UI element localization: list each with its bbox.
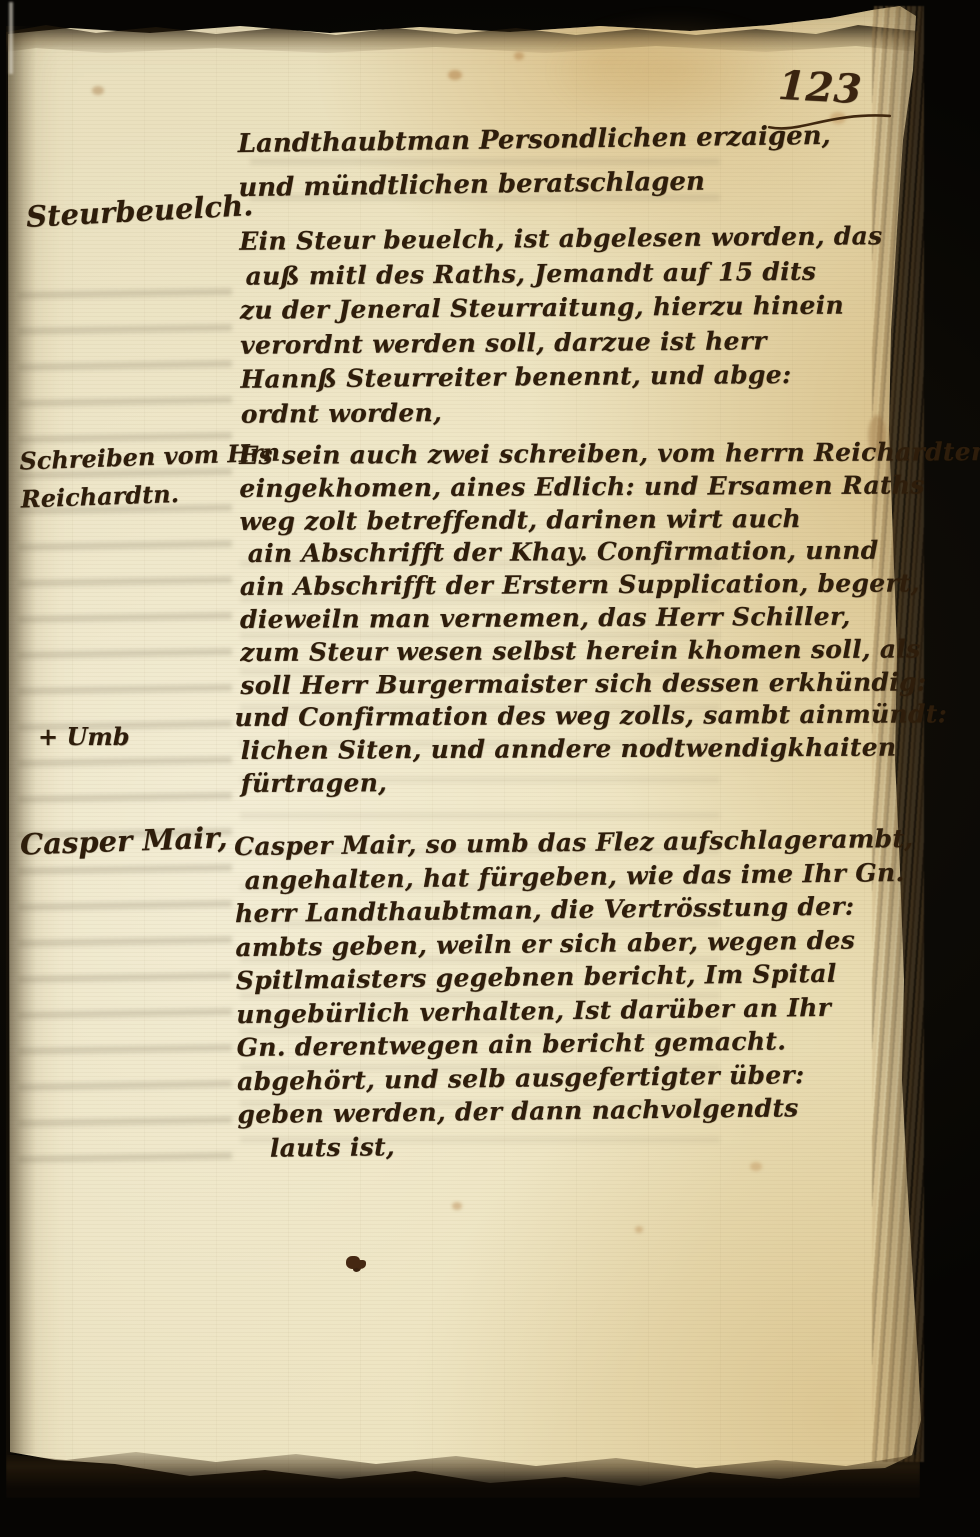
stain-spot [750,1162,762,1171]
binding-highlight [9,2,13,74]
stain-spot [635,1226,643,1233]
text-line: verordnt werden soll, darzue ist herr [240,323,883,363]
body-paragraph-caspar-mair: Casper Mair, so umb das Flez aufschlager… [234,822,917,1165]
text-line: lichen Siten, und anndere nodtwendigkhai… [241,731,980,768]
text-line: zum Steur wesen selbst herein khomen sol… [240,633,980,670]
body-paragraph-steuerbefehl: Ein Steur beuelch, ist abgelesen worden,… [239,219,884,432]
margin-note-line: + Umb [38,718,130,756]
margin-note-line: Casper Mair, [19,818,228,863]
text-line: ordnt worden, [241,392,884,432]
text-line: weg zolt betreffendt, darinen wirt auch [239,502,980,539]
text-line: dieweiln man vernemen, das Herr Schiller… [240,600,980,637]
margin-note-caspar-mair: Casper Mair, [19,818,228,863]
stain-spot [514,52,524,60]
body-paragraph-schreiben-reichardt: Es sein auch zwei schreiben, vom herrn R… [239,436,980,801]
heading-line: und mündtlichen beratschlagen [238,158,831,210]
stain-spot [452,1202,462,1210]
stain-spot [448,70,462,80]
text-line: ain Abschrifft der Khay. Confirmation, u… [248,534,980,571]
text-line: zu der Jeneral Steurraitung, hierzu hine… [240,288,883,328]
text-line: eingekhomen, aines Edlich: und Ersamen R… [239,469,980,506]
manuscript-photo: 123 Landthaubtman Persondlichen erzaigen… [0,0,980,1537]
text-line: und Confirmation des weg zolls, sambt ai… [234,698,980,735]
heading-line: Landthaubtman Persondlichen erzaigen, [237,114,830,166]
stain-spot [92,86,104,95]
text-line: fürtragen, [241,764,980,801]
margin-note-umb: + Umb [38,718,130,756]
text-line: soll Herr Burgermaister sich dessen erkh… [240,666,980,703]
text-line: ain Abschrifft der Erstern Supplication,… [240,567,980,604]
text-line: Hannß Steurreiter benennt, und abge: [240,358,883,398]
heading-block: Landthaubtman Persondlichen erzaigen, un… [237,114,831,210]
text-line: auß mitl des Raths, Jemandt auf 15 dits [245,254,882,294]
text-line: Ein Steur beuelch, ist abgelesen worden,… [239,219,882,259]
water-stain [548,12,798,130]
text-line: Es sein auch zwei schreiben, vom herrn R… [239,436,980,473]
